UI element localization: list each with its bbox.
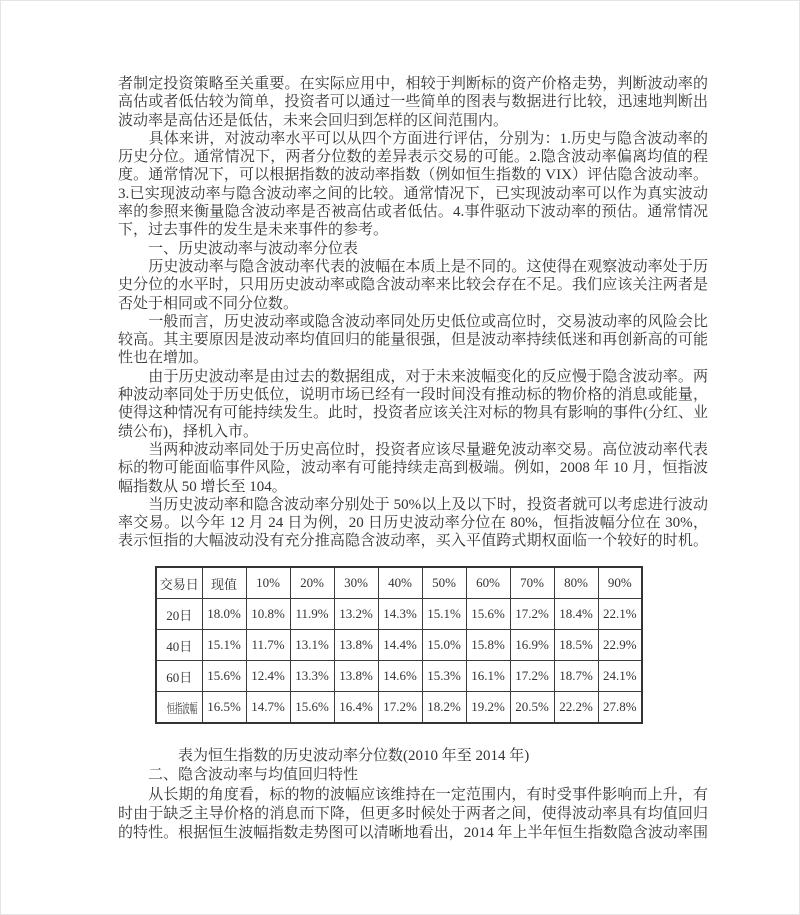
table-value-cell: 13.8% — [334, 630, 378, 661]
table-row: 40日15.1%11.7%13.1%13.8%14.4%15.0%15.8%16… — [156, 630, 642, 661]
table-value-cell: 16.5% — [202, 692, 246, 724]
paragraph-line: 高估或者低估较为简单，投资者可以通过一些简单的图表与数据进行比较，迅速地判断出 — [118, 93, 708, 111]
table-value-cell: 14.4% — [378, 630, 422, 661]
paragraph-line: 标的物可能面临事件风险，波动率有可能持续走高到极端。例如，2008 年 10 月… — [118, 459, 708, 477]
table-header-cell: 30% — [334, 567, 378, 599]
table-value-cell: 10.8% — [246, 599, 290, 630]
table-row: 60日15.6%12.4%13.3%13.8%14.6%15.3%16.1%17… — [156, 661, 642, 692]
row-label-compressed: 恒指波幅 — [167, 698, 197, 717]
table-value-cell: 22.1% — [598, 599, 642, 630]
table-value-cell: 14.3% — [378, 599, 422, 630]
caption-line: 表为恒生指数的历史波动率分位数(2010 年至 2014 年) — [118, 747, 708, 766]
table-value-cell: 16.9% — [510, 630, 554, 661]
heading-line: 一、历史波动率与波动率分位表 — [118, 240, 708, 258]
table-value-cell: 19.2% — [466, 692, 510, 724]
paragraph-line: 当历史波动率和隐含波动率分别处于 50%以上及以下时，投资者就可以考虑进行波动 — [118, 496, 708, 514]
paragraph-line: 历史分位。通常情况下，两者分位数的差异表示交易的可能。2.隐含波动率偏离均值的程 — [118, 148, 708, 166]
row-label-cell: 恒指波幅 — [156, 692, 202, 724]
paragraph-line: 种波动率同处于历史低位，说明市场已经有一段时间没有推动标的物价格的消息或能量， — [118, 386, 708, 404]
table-value-cell: 17.2% — [378, 692, 422, 724]
table-header-cell: 50% — [422, 567, 466, 599]
table-value-cell: 22.2% — [554, 692, 598, 724]
table-header-cell: 20% — [290, 567, 334, 599]
table-value-cell: 17.2% — [510, 599, 554, 630]
paragraph-line: 度。通常情况下，可以根据指数的波动率指数（例如恒生指数的 VIX）评估隐含波动率… — [118, 166, 708, 184]
table-value-cell: 14.6% — [378, 661, 422, 692]
paragraph-line: 率交易。以今年 12 月 24 日为例，20 日历史波动率分位在 80%，恒指波… — [118, 514, 708, 532]
table-header-cell: 80% — [554, 567, 598, 599]
table-value-cell: 27.8% — [598, 692, 642, 724]
article-text-upper: 者制定投资策略至关重要。在实际应用中，相较于判断标的资产价格走势，判断波动率的高… — [118, 75, 708, 551]
table-value-cell: 13.1% — [290, 630, 334, 661]
table-header-cell: 10% — [246, 567, 290, 599]
paragraph-line: 具体来讲，对波动率水平可以从四个方面进行评估，分别为：1.历史与隐含波动率的 — [118, 130, 708, 148]
table-header-cell: 40% — [378, 567, 422, 599]
paragraph-line: 史分位的水平时，只用历史波动率或隐含波动率来比较会存在不足。我们应该关注两者是 — [118, 276, 708, 294]
table-value-cell: 24.1% — [598, 661, 642, 692]
table-value-cell: 18.4% — [554, 599, 598, 630]
table-header-cell: 交易日 — [156, 567, 202, 599]
table-value-cell: 13.3% — [290, 661, 334, 692]
paragraph-line: 绩公布)，择机入市。 — [118, 423, 708, 441]
table-header-row: 交易日现值10%20%30%40%50%60%70%80%90% — [156, 567, 642, 599]
table-header-cell: 70% — [510, 567, 554, 599]
article-text-lower: 表为恒生指数的历史波动率分位数(2010 年至 2014 年) 二、隐含波动率与… — [118, 747, 708, 843]
paragraph-line: 时由于缺乏主导价格的消息而下降，但更多时候处于两者之间，使得波动率具有均值回归 — [118, 805, 708, 824]
paragraph-line: 由于历史波动率是由过去的数据组成，对于未来波幅变化的反应慢于隐含波动率。两 — [118, 368, 708, 386]
table-value-cell: 15.3% — [422, 661, 466, 692]
table-value-cell: 11.9% — [290, 599, 334, 630]
paragraph-line: 使得这种情况有可能持续发生。此时，投资者应该关注对标的物具有影响的事件(分红、业 — [118, 404, 708, 422]
table-value-cell: 15.1% — [202, 630, 246, 661]
table-value-cell: 13.2% — [334, 599, 378, 630]
paragraph-line: 幅指数从 50 增长至 104。 — [118, 478, 708, 496]
table-value-cell: 20.5% — [510, 692, 554, 724]
paragraph-line: 下，过去事件的发生是未来事件的参考。 — [118, 221, 708, 239]
paragraph-line: 波动率是高估还是低估，未来会回归到怎样的区间范围内。 — [118, 112, 708, 130]
paragraph-line: 较高。其主要原因是波动率均值回归的能量很强，但是波动率持续低迷和再创新高的可能 — [118, 331, 708, 349]
table-row: 20日18.0%10.8%11.9%13.2%14.3%15.1%15.6%17… — [156, 599, 642, 630]
heading-line: 二、隐含波动率与均值回归特性 — [118, 766, 708, 785]
paragraph-line: 表示恒指的大幅波动没有充分推高隐含波动率，买入平值跨式期权面临一个较好的时机。 — [118, 532, 708, 550]
paragraph-line: 性也在增加。 — [118, 349, 708, 367]
table-value-cell: 15.6% — [202, 661, 246, 692]
paragraph-line: 一般而言，历史波动率或隐含波动率同处历史低位或高位时，交易波动率的风险会比 — [118, 313, 708, 331]
paragraph-line: 从长期的角度看，标的物的波幅应该维持在一定范围内，有时受事件影响而上升，有 — [118, 786, 708, 805]
document-page: 者制定投资策略至关重要。在实际应用中，相较于判断标的资产价格走势，判断波动率的高… — [0, 0, 800, 915]
table-value-cell: 12.4% — [246, 661, 290, 692]
paragraph-line: 者制定投资策略至关重要。在实际应用中，相较于判断标的资产价格走势，判断波动率的 — [118, 75, 708, 93]
table-value-cell: 18.5% — [554, 630, 598, 661]
table-value-cell: 15.0% — [422, 630, 466, 661]
table-value-cell: 15.6% — [466, 599, 510, 630]
row-label-cell: 20日 — [156, 599, 202, 630]
table-value-cell: 14.7% — [246, 692, 290, 724]
paragraph-line: 3.已实现波动率与隐含波动率之间的比较。通常情况下，已实现波动率可以作为真实波动 — [118, 185, 708, 203]
paragraph-line: 历史波动率与隐含波动率代表的波幅在本质上是不同的。这使得在观察波动率处于历 — [118, 258, 708, 276]
table-value-cell: 16.4% — [334, 692, 378, 724]
paragraph-line: 否处于相同或不同分位数。 — [118, 295, 708, 313]
table-value-cell: 15.6% — [290, 692, 334, 724]
table-header-cell: 60% — [466, 567, 510, 599]
table-value-cell: 16.1% — [466, 661, 510, 692]
table-row: 恒指波幅16.5%14.7%15.6%16.4%17.2%18.2%19.2%2… — [156, 692, 642, 724]
paragraph-line: 当两种波动率同处于历史高位时，投资者应该尽量避免波动率交易。高位波动率代表 — [118, 441, 708, 459]
table-value-cell: 22.9% — [598, 630, 642, 661]
row-label-cell: 60日 — [156, 661, 202, 692]
table-header-cell: 90% — [598, 567, 642, 599]
table-value-cell: 18.7% — [554, 661, 598, 692]
table-value-cell: 18.2% — [422, 692, 466, 724]
table-value-cell: 15.1% — [422, 599, 466, 630]
table-value-cell: 15.8% — [466, 630, 510, 661]
table-value-cell: 11.7% — [246, 630, 290, 661]
row-label-cell: 40日 — [156, 630, 202, 661]
table-value-cell: 18.0% — [202, 599, 246, 630]
paragraph-line: 率的参照来衡量隐含波动率是否被高估或者低估。4.事件驱动下波动率的预估。通常情况 — [118, 203, 708, 221]
paragraph-line: 的特性。根据恒生波幅指数走势图可以清晰地看出，2014 年上半年恒生指数隐含波动… — [118, 824, 708, 843]
volatility-percentile-table: 交易日现值10%20%30%40%50%60%70%80%90%20日18.0%… — [155, 566, 643, 724]
table-value-cell: 13.8% — [334, 661, 378, 692]
table-value-cell: 17.2% — [510, 661, 554, 692]
table-header-cell: 现值 — [202, 567, 246, 599]
